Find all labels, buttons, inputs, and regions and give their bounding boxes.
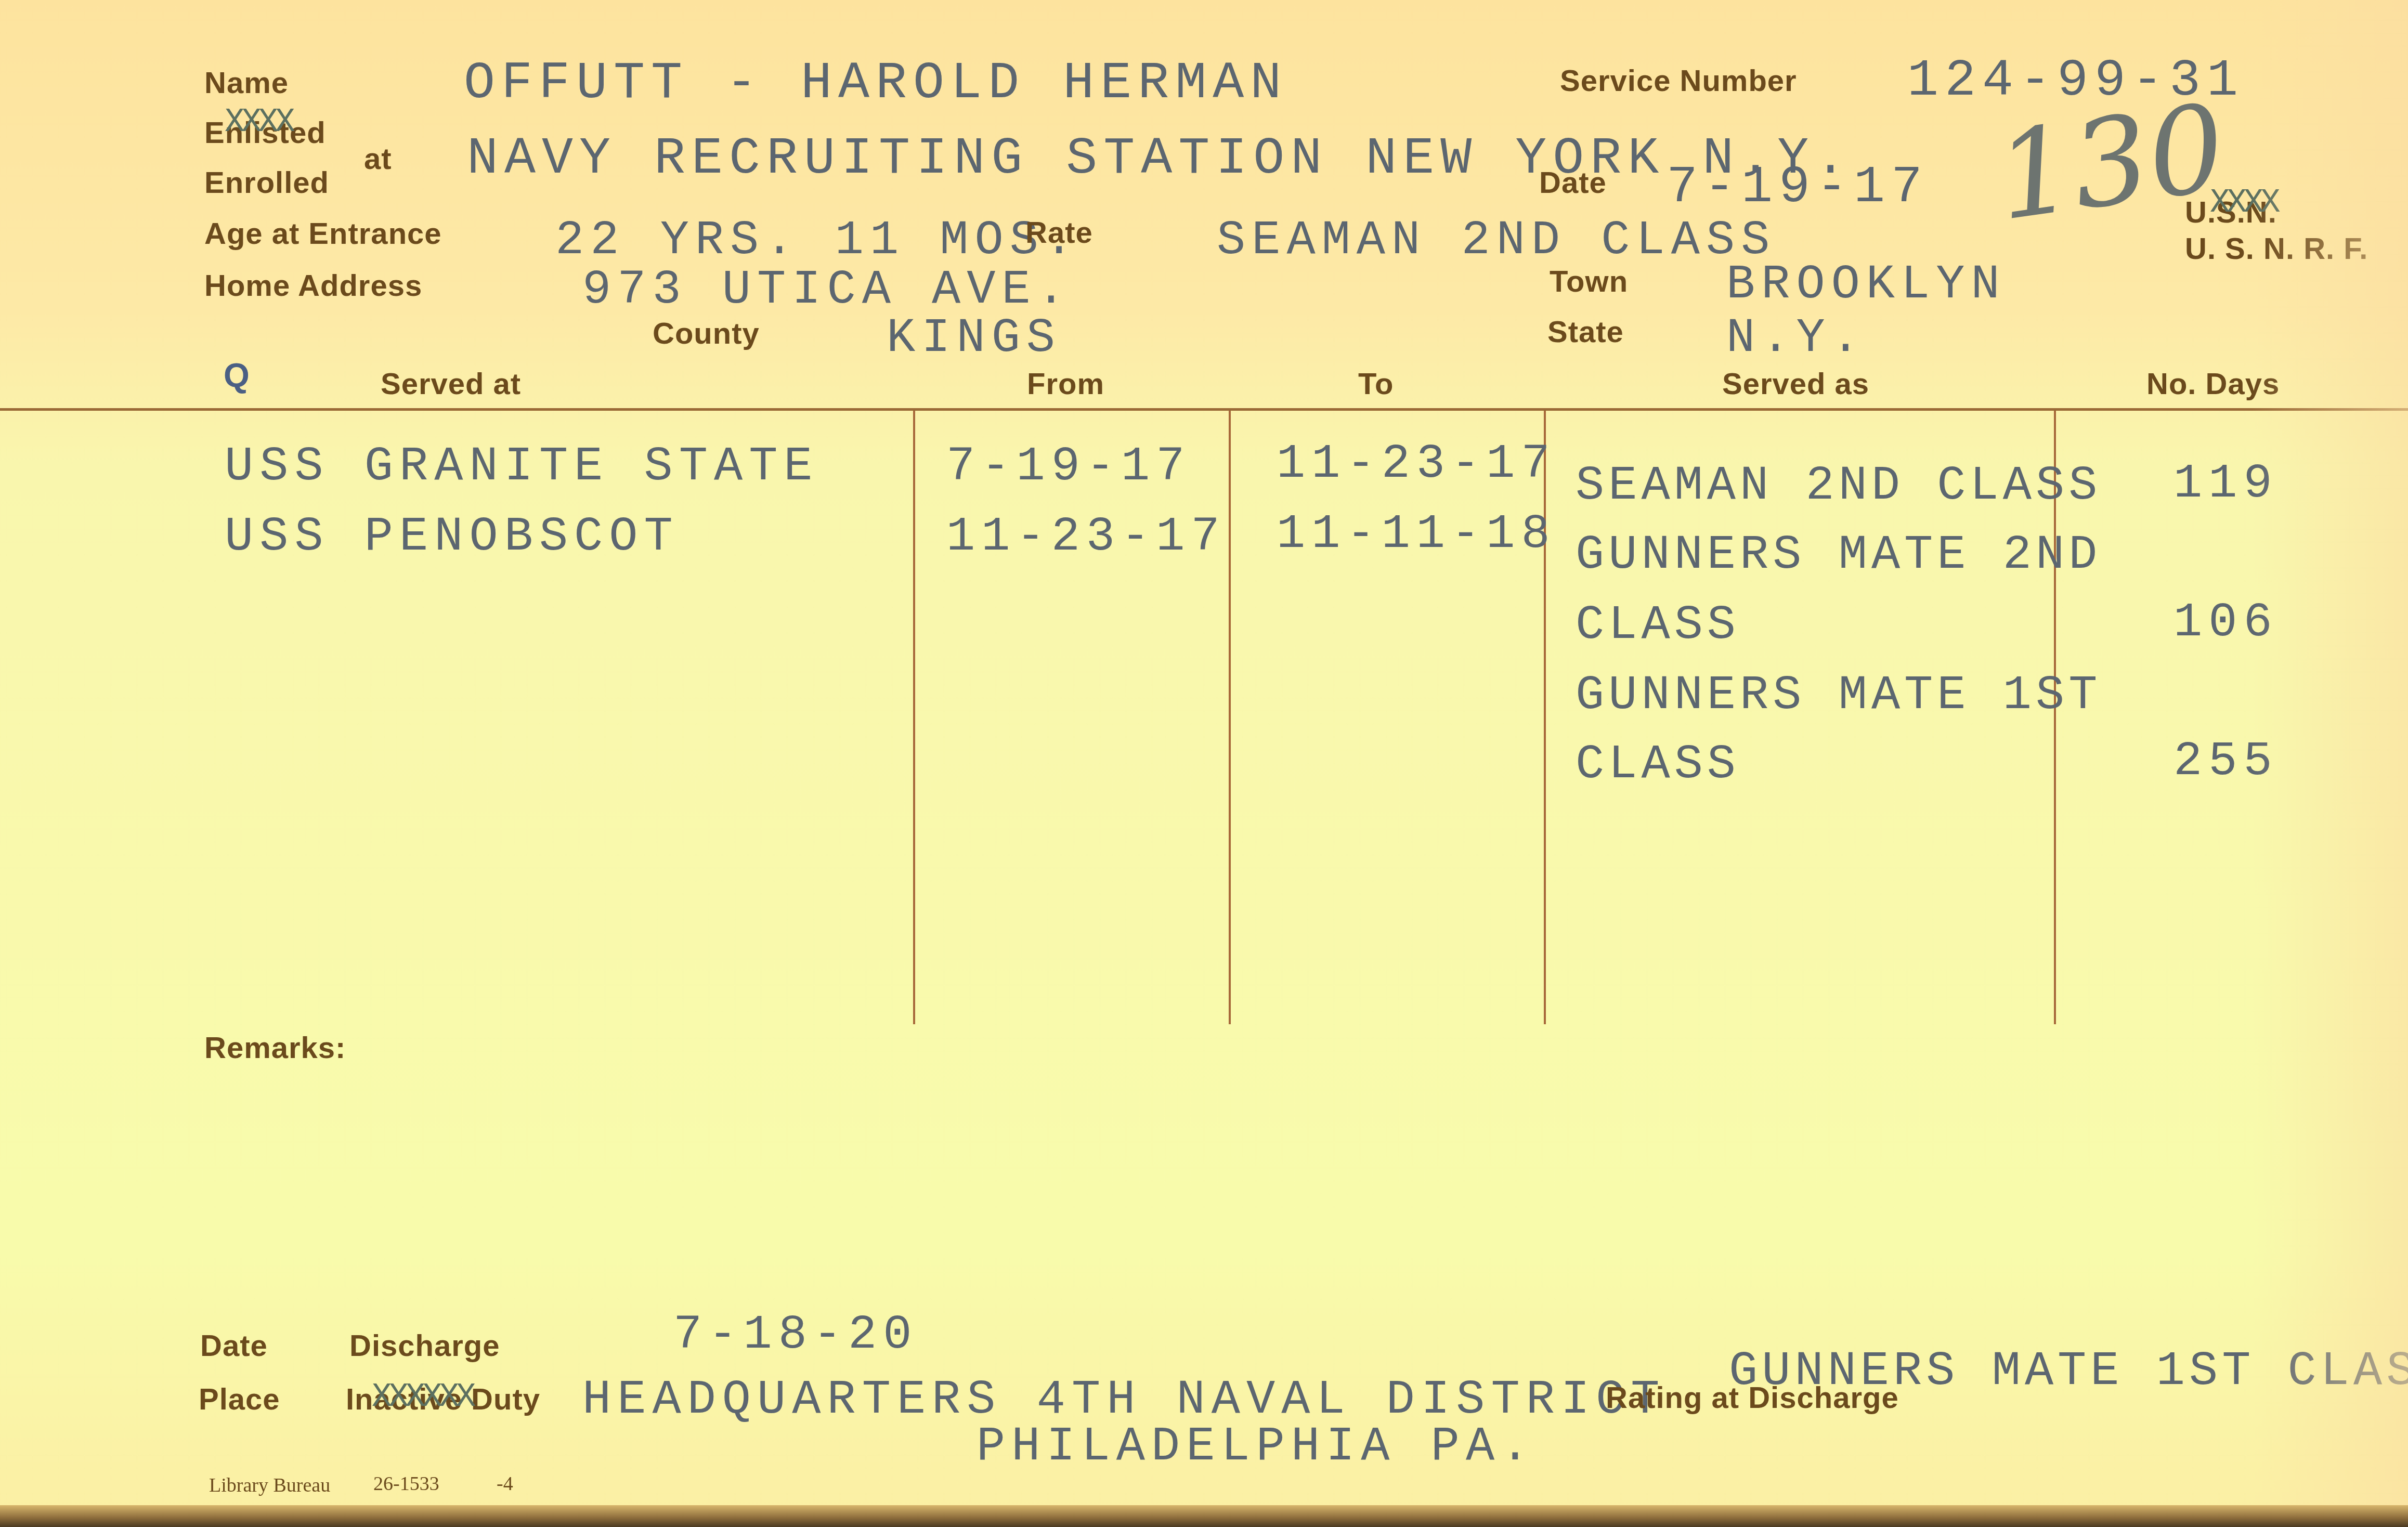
at-label: at [364,141,392,176]
served-at-cell: USS GRANITE STATE [225,439,819,494]
discharge-date-label: Date [200,1328,268,1363]
service-number-label: Service Number [1560,63,1797,98]
home-address-value: 973 UTICA AVE. [582,263,1072,317]
column-divider-2 [1229,411,1231,1024]
discharge-date-value: 7-18-20 [673,1308,918,1362]
q-mark: Q [224,356,250,395]
form-mark: -4 [497,1472,513,1495]
card-bottom-edge [0,1505,2408,1527]
served-as-cell: GUNNERS MATE 1ST [1576,668,2101,723]
county-value: KINGS [887,311,1061,366]
name-label: Name [204,66,289,100]
enlisted-at-value: NAVY RECRUITING STATION NEW YORK N.Y. [467,130,1852,189]
home-address-label: Home Address [204,268,422,303]
inactive-duty-strike-mark: XXXXXX [372,1379,473,1416]
enlisted-strike-mark: XXXX [225,104,292,141]
served-as-cell: SEAMAN 2ND CLASS [1576,459,2101,513]
served-at-cell: USS PENOBSCOT [225,510,679,564]
served-as-cell-line2: CLASS [1576,737,1740,792]
place-label: Place [199,1382,280,1417]
days-cell: 119 [2173,456,2279,511]
rating-at-discharge-value: GUNNERS MATE 1ST CLASS [1729,1344,2408,1399]
service-record-card: Name OFFUTT - HAROLD HERMAN Enlisted XXX… [0,0,2408,1508]
form-number: 26-1533 [373,1472,439,1495]
age-at-entrance-value: 22 YRS. 11 MOS. [555,213,1079,268]
column-divider-3 [1544,411,1546,1024]
served-as-cell: GUNNERS MATE 2ND [1576,528,2101,582]
served-as-header: Served as [1722,367,1869,401]
days-cell: 106 [2173,595,2279,650]
to-header: To [1358,367,1394,401]
no-days-header: No. Days [2146,367,2280,401]
name-value: OFFUTT - HAROLD HERMAN [464,55,1287,113]
served-at-header: Served at [381,367,521,401]
state-value: N.Y. [1726,311,1866,366]
usn-strike-mark: XXXX [2210,185,2277,222]
usnrf-label: U. S. N. R. F. [2185,231,2368,266]
printer-imprint: Library Bureau [209,1474,330,1497]
rate-label: Rate [1025,215,1093,250]
to-cell: 11-11-18 [1277,507,1556,562]
enlistment-date-value: 7-19-17 [1667,159,1929,217]
served-as-cell-line2: CLASS [1576,598,1740,652]
days-cell: 255 [2173,734,2279,789]
table-header-rule [0,408,2408,411]
discharge-label: Discharge [349,1328,500,1363]
town-value: BROOKLYN [1726,257,2006,312]
discharge-place-line2: PHILADELPHIA PA. [977,1419,1535,1474]
state-label: State [1547,315,1624,349]
column-divider-1 [913,411,915,1024]
enrolled-label: Enrolled [204,165,329,200]
age-at-entrance-label: Age at Entrance [204,216,442,251]
date-label: Date [1539,165,1607,200]
to-cell: 11-23-17 [1277,437,1556,491]
town-label: Town [1550,264,1628,299]
rate-value: SEAMAN 2ND CLASS [1217,213,1776,268]
from-cell: 7-19-17 [946,439,1191,494]
from-header: From [1027,367,1104,401]
county-label: County [653,316,760,351]
from-cell: 11-23-17 [946,510,1226,564]
remarks-label: Remarks: [204,1030,346,1065]
